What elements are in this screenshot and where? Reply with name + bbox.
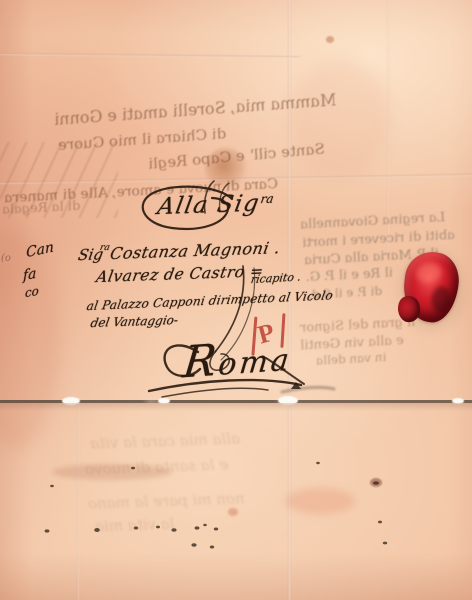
address-line-1-superscript: ra — [260, 192, 275, 207]
letter-photo: Mamma mia, Sorelli amati e Gonni di Chia… — [0, 0, 472, 600]
address-line-2-superscript: ra — [99, 243, 111, 253]
vertical-fold-bottom-left — [77, 405, 80, 600]
margin-note-faint: (o — [1, 253, 11, 264]
address-line-3-note: ricapito . — [250, 270, 302, 286]
crease-shadow — [0, 403, 472, 411]
margin-note: co — [25, 284, 39, 301]
pink-blotch — [285, 488, 355, 514]
bleedthrough-strokes-left — [0, 142, 118, 218]
rust-dot — [228, 508, 238, 516]
bleedthrough-line: la vita mia — [95, 515, 175, 536]
rust-dot — [370, 478, 382, 487]
postal-mark-letter: P — [255, 317, 278, 349]
margin-note: fa — [23, 266, 36, 285]
address-line-1: Alla Sig — [155, 190, 262, 220]
soft-shadow-fold-panel — [290, 60, 390, 180]
rust-dot — [326, 36, 334, 43]
